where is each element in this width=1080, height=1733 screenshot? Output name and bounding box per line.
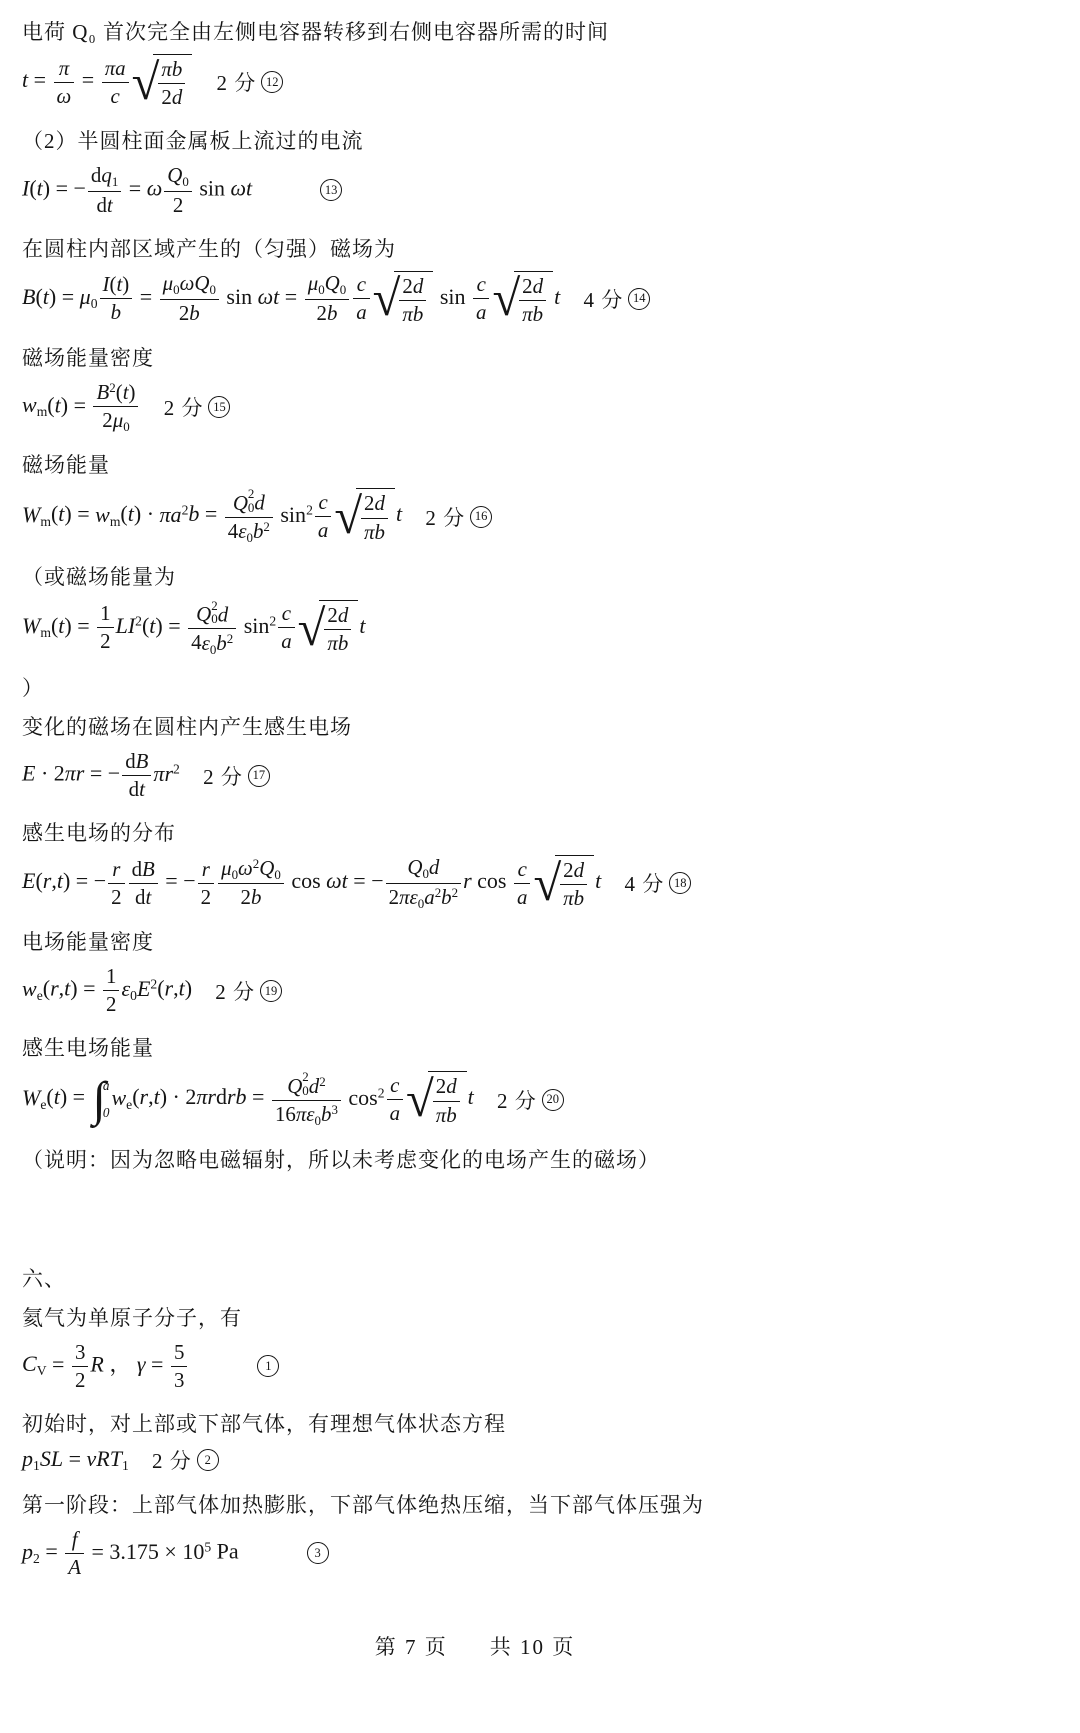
formula: E(r,t) = −r2dBdt = −r2μ0ω2Q02b cos ωt = … xyxy=(22,855,601,911)
fraction-denominator: A xyxy=(65,1553,84,1580)
footer-page-number: 第 7 页 xyxy=(375,1635,448,1659)
subscript: 0 xyxy=(340,282,346,297)
text-line: （或磁场能量为 xyxy=(0,562,1080,592)
fraction-denominator: 2 xyxy=(72,1366,88,1393)
radical: √2dπb xyxy=(298,600,359,656)
superscript: 2 xyxy=(263,519,269,534)
math-token: π xyxy=(59,56,69,80)
formula-line: I(t) = −dq1dt = ωQ02 sin ωt13 xyxy=(0,163,404,217)
math-token: d xyxy=(429,855,439,879)
score-mark: 4 分14 xyxy=(583,284,650,314)
math-token: d xyxy=(254,491,264,515)
fraction-denominator: 4ε0b2 xyxy=(225,517,273,546)
text-line: 电荷 Q₀ 首次完全由左侧电容器转移到右侧电容器所需的时间 xyxy=(0,17,1080,47)
fraction: 2dπb xyxy=(433,1074,460,1127)
fraction-numerator: r xyxy=(108,857,124,883)
math-token: ( xyxy=(132,1085,139,1110)
math-token: ε0 xyxy=(202,631,217,655)
subscript: 0 xyxy=(123,419,129,434)
fraction-denominator: πb xyxy=(433,1101,460,1128)
fraction: 12 xyxy=(103,964,119,1017)
fraction: Q20d216πε0b3 xyxy=(272,1070,341,1128)
fraction: 2dπb xyxy=(399,274,426,327)
paragraph-text: 电场能量密度 xyxy=(22,930,154,954)
math-token: wm xyxy=(22,392,47,417)
math-token: ( xyxy=(116,380,123,404)
paragraph-text: 六、 xyxy=(22,1267,66,1291)
fraction-denominator: πb xyxy=(361,518,388,545)
math-token: c xyxy=(282,601,291,625)
fraction-numerator: μ0Q0 xyxy=(305,271,350,298)
equation-number: 16 xyxy=(470,506,492,528)
text-line: 感生电场的分布 xyxy=(0,818,1080,848)
math-token: πa xyxy=(105,56,126,80)
equation-number: 18 xyxy=(669,872,691,894)
math-token: 2 xyxy=(100,629,110,653)
math-token: 2 xyxy=(364,491,374,515)
math-token: ω xyxy=(57,84,72,108)
fraction: πω xyxy=(54,56,75,109)
math-token: t xyxy=(107,193,113,217)
fraction: 2dπb xyxy=(324,603,351,656)
formula-line: t = πω = πac√πb2d2 分12 xyxy=(0,54,345,110)
fraction: πb2d xyxy=(158,57,185,110)
math-token: b xyxy=(189,301,199,325)
math-token: ) = − xyxy=(63,868,106,893)
math-token: b xyxy=(188,502,199,527)
radical: √2dπb xyxy=(373,271,434,327)
score-mark: 2 分2 xyxy=(152,1445,219,1475)
superscript: 3 xyxy=(331,1102,337,1117)
text-line: 六、 xyxy=(0,1264,1080,1294)
fraction-denominator: 3 xyxy=(171,1366,187,1393)
math-token: cos xyxy=(286,868,326,893)
math-token: d2 xyxy=(309,1074,326,1098)
math-token: πa2 xyxy=(160,502,189,527)
fraction-numerator: f xyxy=(65,1527,84,1553)
math-token: ( xyxy=(29,175,36,200)
math-token: 2 xyxy=(522,274,532,298)
superscript: 2 xyxy=(452,885,458,900)
math-token: sin xyxy=(221,284,258,309)
fraction-denominator: πb xyxy=(560,884,587,911)
paragraph-text: 电荷 Q₀ 首次完全由左侧电容器转移到右侧电容器所需的时间 xyxy=(22,20,609,44)
math-token: 2 xyxy=(327,603,337,627)
fraction-numerator: 2d xyxy=(433,1074,460,1100)
math-token: μ0 xyxy=(80,284,98,309)
math-token: = xyxy=(28,67,51,92)
formula-line: E · 2πr = −dBdtπr22 分17 xyxy=(0,749,332,802)
text-line: （2）半圆柱面金属板上流过的电流 xyxy=(0,126,1080,156)
math-token: c xyxy=(318,490,327,514)
fraction: 53 xyxy=(171,1340,187,1393)
math-token: sin2 xyxy=(275,502,313,527)
math-token: t xyxy=(396,502,402,527)
subscript: m xyxy=(40,514,51,529)
radical: √2dπb xyxy=(492,271,553,327)
math-token: d xyxy=(574,858,584,882)
math-token: E xyxy=(22,761,35,786)
fraction: ca xyxy=(315,490,331,543)
footer-page-total: 共 10 页 xyxy=(490,1635,576,1659)
fraction-denominator: 4ε0b2 xyxy=(188,628,236,657)
math-token: 2 xyxy=(389,885,399,909)
fraction: ca xyxy=(514,857,530,910)
fraction-numerator: π xyxy=(54,56,75,82)
fraction-numerator: μ0ω2Q0 xyxy=(218,856,284,884)
fraction-numerator: Q0d xyxy=(386,855,461,882)
math-token: B2 xyxy=(96,380,115,404)
math-token: We xyxy=(22,1085,46,1110)
formula-line: p2 = fA = 3.175 × 105 Pa3 xyxy=(0,1527,391,1580)
math-token: ( xyxy=(35,868,42,893)
math-token: πb xyxy=(402,302,423,326)
formula-wrapper: wm(t) = B2(t)2μ0 xyxy=(22,380,270,435)
math-token: = xyxy=(199,502,222,527)
fraction-numerator: c xyxy=(353,272,369,298)
math-token: μ0 xyxy=(163,271,180,295)
subscript: m xyxy=(40,625,51,640)
math-token: E2 xyxy=(137,976,157,1001)
math-token: πε0 xyxy=(296,1102,321,1126)
math-token: γ xyxy=(137,1351,146,1376)
math-token: 4 xyxy=(191,631,201,655)
radical: √2dπb xyxy=(533,855,594,911)
math-token: d xyxy=(216,1085,227,1110)
paragraph-text: 初始时，对上部或下部气体，有理想气体状态方程 xyxy=(22,1412,506,1436)
formula-line: Wm(t) = wm(t) · πa2b = Q20d4ε0b2 sin2ca√… xyxy=(0,487,554,545)
equation-number: 3 xyxy=(307,1542,329,1564)
score-points: 4 分 xyxy=(583,284,623,314)
math-token: t xyxy=(359,613,365,638)
fraction: ca xyxy=(473,272,489,325)
equation-number: 20 xyxy=(542,1089,564,1111)
radical-body: 2dπb xyxy=(394,271,433,327)
math-token: t xyxy=(468,1085,474,1110)
equation-number: 13 xyxy=(320,179,342,201)
formula: p1SL = νRT1 xyxy=(22,1446,129,1474)
radical: √2dπb xyxy=(406,1071,467,1127)
math-token: q1 xyxy=(101,163,118,187)
equation-number: 2 xyxy=(197,1449,219,1471)
math-token: ωt xyxy=(258,284,280,309)
math-token: r xyxy=(112,857,120,881)
math-token: ) · 2 xyxy=(160,1085,197,1110)
text-line: 氦气为单原子分子，有 xyxy=(0,1303,1080,1333)
math-token: 2 xyxy=(179,301,189,325)
fraction-numerator: B2(t) xyxy=(93,380,138,406)
subscript: 1 xyxy=(33,1458,40,1473)
math-token: r xyxy=(463,868,472,893)
fraction: πac xyxy=(102,56,129,109)
formula-line: B(t) = μ0I(t)b = μ0ωQ02b sin ωt = μ0Q02b… xyxy=(0,271,712,327)
math-token: ) = xyxy=(70,976,101,1001)
math-token: ) = xyxy=(155,613,186,638)
equation-number: 1 xyxy=(257,1355,279,1377)
subscript: 0 xyxy=(182,174,188,189)
math-token: t xyxy=(145,885,151,909)
math-token: f xyxy=(72,1527,78,1551)
math-token: ( xyxy=(43,976,50,1001)
math-token: Wm xyxy=(22,502,51,527)
fraction: B2(t)2μ0 xyxy=(93,380,138,435)
document-body: 电荷 Q₀ 首次完全由左侧电容器转移到右侧电容器所需的时间t = πω = πa… xyxy=(0,0,1080,1587)
superscript: 2 xyxy=(306,502,313,517)
math-token: ) xyxy=(122,272,129,296)
math-token: ( xyxy=(46,1085,53,1110)
fraction-numerator: 2d xyxy=(324,603,351,629)
text-line: 磁场能量 xyxy=(0,450,1080,480)
score-mark: 2 分15 xyxy=(164,392,231,422)
fraction-denominator: 2πε0a2b2 xyxy=(386,883,461,912)
score-mark: 2 分12 xyxy=(217,67,284,97)
math-token: πb xyxy=(364,520,385,544)
fraction-denominator: b xyxy=(100,298,133,325)
subscript: 1 xyxy=(122,1458,129,1473)
fraction-numerator: c xyxy=(514,857,530,883)
math-token: = xyxy=(63,1446,86,1471)
math-token: ωQ0 xyxy=(180,271,216,295)
math-token: B xyxy=(136,749,149,773)
fraction: r2 xyxy=(198,857,214,910)
math-token: = 3.175 × 105 xyxy=(86,1539,211,1564)
fraction-numerator: I(t) xyxy=(100,272,133,298)
equation-number: 17 xyxy=(248,765,270,787)
fraction-denominator: a xyxy=(387,1099,403,1126)
math-token: ω xyxy=(147,175,163,200)
fraction-denominator: 2 xyxy=(164,191,192,218)
paragraph-text: 第一阶段：上部气体加热膨胀，下部气体绝热压缩，当下部气体压强为 xyxy=(22,1493,704,1517)
fraction: r2 xyxy=(108,857,124,910)
math-token: b xyxy=(111,300,121,324)
fraction-numerator: dq1 xyxy=(88,163,121,190)
text-line: 在圆柱内部区域产生的（匀强）磁场为 xyxy=(0,234,1080,264)
fraction-denominator: dt xyxy=(129,883,158,910)
fraction: μ0Q02b xyxy=(305,271,350,325)
math-token: d xyxy=(129,777,139,801)
fraction: Q0d2πε0a2b2 xyxy=(386,855,461,911)
formula: Wm(t) = wm(t) · πa2b = Q20d4ε0b2 sin2ca√… xyxy=(22,487,402,545)
formula: B(t) = μ0I(t)b = μ0ωQ02b sin ωt = μ0Q02b… xyxy=(22,271,560,327)
formula: E · 2πr = −dBdtπr2 xyxy=(22,749,180,802)
math-token: πb xyxy=(161,57,182,81)
fraction: Q20d4ε0b2 xyxy=(225,487,273,545)
math-token: ) xyxy=(129,380,136,404)
math-token: = xyxy=(123,175,146,200)
fraction-numerator: 1 xyxy=(103,964,119,990)
math-token: ) = − xyxy=(43,175,86,200)
math-token: d xyxy=(135,885,145,909)
formula: p2 = fA = 3.175 × 105 Pa xyxy=(22,1527,239,1580)
paragraph-text: 磁场能量 xyxy=(22,453,110,477)
math-token: μ0 xyxy=(221,856,238,880)
math-token: Q0 xyxy=(167,163,189,187)
math-token: πb xyxy=(327,631,348,655)
math-token: d xyxy=(91,163,101,187)
math-token: d xyxy=(446,1074,456,1098)
math-token: = xyxy=(247,1085,270,1110)
math-token: 2 xyxy=(102,408,112,432)
fraction: μ0ωQ02b xyxy=(160,271,219,325)
fraction-denominator: dt xyxy=(122,775,151,802)
math-token: r xyxy=(50,976,59,1001)
score-mark: 2 分19 xyxy=(215,976,282,1006)
math-token: Pa xyxy=(211,1539,239,1564)
paragraph-text: 在圆柱内部区域产生的（匀强）磁场为 xyxy=(22,237,396,261)
fraction-denominator: 2 xyxy=(97,627,113,654)
math-token: CV xyxy=(22,1351,47,1376)
math-token: b2 xyxy=(441,885,458,909)
fraction-denominator: 2 xyxy=(198,883,214,910)
math-token: A xyxy=(68,1555,81,1579)
math-token: 2 xyxy=(201,885,211,909)
math-token: p2 xyxy=(22,1539,40,1564)
math-token: d xyxy=(218,602,228,626)
math-token: Q0 xyxy=(259,856,281,880)
math-token: c xyxy=(477,272,486,296)
equation-number: 12 xyxy=(261,71,283,93)
math-token: r xyxy=(165,976,174,1001)
equation-number: 14 xyxy=(628,288,650,310)
fraction: dBdt xyxy=(122,749,151,802)
subscript: 2 xyxy=(33,1551,40,1566)
formula: We(t) = ∫a0we(r,t) · 2πrdrb = Q20d216πε0… xyxy=(22,1070,474,1128)
fraction-denominator: ω xyxy=(54,82,75,109)
subscript: 0 xyxy=(209,282,215,297)
fraction-denominator: 2b xyxy=(305,299,350,326)
score-mark: 2 分17 xyxy=(203,761,270,791)
fraction-numerator: 1 xyxy=(97,601,113,627)
fraction-numerator: πb xyxy=(158,57,185,83)
math-token: b xyxy=(327,301,337,325)
math-token: = xyxy=(134,284,157,309)
math-token: 2 xyxy=(161,85,171,109)
math-token: ) = xyxy=(61,392,92,417)
superscript: 2 xyxy=(135,613,142,628)
formula: Wm(t) = 12LI2(t) = Q20d4ε0b2 sin2ca√2dπb… xyxy=(22,599,365,657)
math-token: Q0 xyxy=(407,855,429,879)
math-token: cos xyxy=(472,868,512,893)
math-token: πb xyxy=(563,886,584,910)
superscript: 2 xyxy=(227,630,233,645)
page-footer: 第 7 页共 10 页 xyxy=(0,1631,1080,1661)
math-token: r xyxy=(140,1085,149,1110)
math-token: ε0 xyxy=(121,976,136,1001)
math-token: SL xyxy=(40,1446,63,1471)
paragraph-text: 变化的磁场在圆柱内产生感生电场 xyxy=(22,715,352,739)
equation-number: 19 xyxy=(260,980,282,1002)
math-token: d xyxy=(375,491,385,515)
integral-limits: a0 xyxy=(103,1076,110,1122)
radical-body: 2dπb xyxy=(555,855,594,911)
fraction: dBdt xyxy=(129,857,158,910)
math-token: a xyxy=(517,885,527,909)
vertical-gap xyxy=(0,1175,1080,1255)
fraction-denominator: 2 xyxy=(108,883,124,910)
score-points: 2 分 xyxy=(203,761,243,791)
formula: we(r,t) = 12ε0E2(r,t) xyxy=(22,964,192,1017)
math-token: ωt xyxy=(231,175,253,200)
math-token: 5 xyxy=(174,1340,184,1364)
math-token: a2 xyxy=(424,885,441,909)
math-token: 2 xyxy=(436,1074,446,1098)
math-token: ) xyxy=(185,976,192,1001)
fraction-denominator: a xyxy=(315,516,331,543)
text-line: 第一阶段：上部气体加热膨胀，下部气体绝热压缩，当下部气体压强为 xyxy=(0,1490,1080,1520)
formula-wrapper: p1SL = νRT1 xyxy=(22,1446,259,1474)
math-token: 2 xyxy=(75,1368,85,1392)
text-line: 感生电场能量 xyxy=(0,1033,1080,1063)
math-token: sin xyxy=(434,284,471,309)
radical-body: 2dπb xyxy=(356,488,395,544)
math-token: ) = xyxy=(60,1085,91,1110)
math-token: = xyxy=(47,1351,70,1376)
math-token: d xyxy=(172,85,182,109)
math-token: ( xyxy=(157,976,164,1001)
fraction-numerator: c xyxy=(387,1073,403,1099)
math-token: 2 xyxy=(402,274,412,298)
fraction: Q20d4ε0b2 xyxy=(188,599,236,657)
score-mark: 1 xyxy=(257,1355,279,1377)
subscript: 0 xyxy=(274,867,280,882)
score-mark: 2 分20 xyxy=(497,1085,564,1115)
subscript: V xyxy=(37,1363,47,1378)
math-token: Q20 xyxy=(233,491,255,515)
math-token: wm xyxy=(95,502,120,527)
math-token: t xyxy=(139,777,145,801)
math-token: 4 xyxy=(228,519,238,543)
paragraph-text: （2）半圆柱面金属板上流过的电流 xyxy=(22,129,364,153)
math-token: πr xyxy=(196,1085,216,1110)
math-token: Wm xyxy=(22,613,51,638)
math-token: ) = xyxy=(49,284,80,309)
fraction-numerator: 2d xyxy=(361,491,388,517)
fraction-numerator: Q20d2 xyxy=(272,1070,341,1100)
fraction-numerator: 2d xyxy=(399,274,426,300)
formula-line: wm(t) = B2(t)2μ02 分15 xyxy=(0,380,292,435)
radical: √πb2d xyxy=(132,54,193,110)
scanned-answer-page: { "page": { "background": "#ffffff", "in… xyxy=(0,0,1080,1733)
fraction-denominator: c xyxy=(102,82,129,109)
math-token: 2 xyxy=(106,992,116,1016)
math-token: ε0 xyxy=(238,519,253,543)
text-line: 磁场能量密度 xyxy=(0,343,1080,373)
math-token: we xyxy=(22,976,43,1001)
radical: √2dπb xyxy=(334,488,395,544)
math-token: d xyxy=(533,274,543,298)
score-points: 2 分 xyxy=(217,67,257,97)
math-token: ) = xyxy=(64,613,95,638)
math-token: a xyxy=(476,300,486,324)
math-token: μ0 xyxy=(113,408,130,432)
math-token: E xyxy=(22,868,35,893)
math-token: r xyxy=(227,1085,236,1110)
math-token: ) · xyxy=(134,502,160,527)
math-token: r xyxy=(202,857,210,881)
math-token: sin2 xyxy=(238,613,276,638)
math-token: b3 xyxy=(321,1102,338,1126)
math-token: d xyxy=(413,274,423,298)
math-token: ωt xyxy=(326,868,348,893)
math-token: πε0 xyxy=(399,885,424,909)
fraction: 12 xyxy=(97,601,113,654)
math-token: ) = xyxy=(64,502,95,527)
math-token: 2 xyxy=(173,193,183,217)
fraction-denominator: 2 xyxy=(103,990,119,1017)
math-token: ， xyxy=(104,1351,137,1376)
fraction: 2dπb xyxy=(519,274,546,327)
superscript: 2 xyxy=(269,613,276,628)
